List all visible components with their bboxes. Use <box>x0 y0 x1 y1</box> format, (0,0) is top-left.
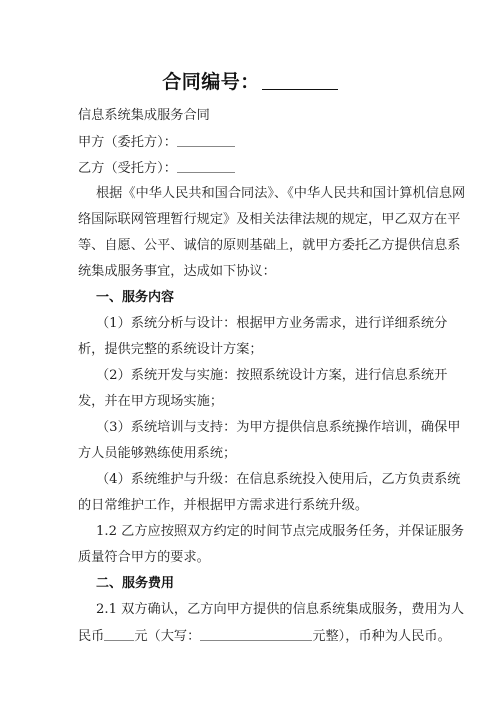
clause-2-1-line-2: 民币元（大写：元整），币种为人民币。 <box>78 627 426 645</box>
amount-blank <box>104 627 134 641</box>
preamble-line-2: 络国际联网管理暂行规定》及相关法律法规的规定，甲乙双方在平 <box>78 211 426 228</box>
preamble-line-4: 统集成服务事宜，达成如下协议： <box>78 263 426 280</box>
service-item-2-line-1: （2）系统开发与实施：按照系统设计方案，进行信息系统开 <box>96 367 444 384</box>
contract-number-label: 合同编号： <box>162 71 260 93</box>
clause-1-2-line-1: 1.2 乙方应按照双方约定的时间节点完成服务任务，并保证服务 <box>96 523 444 540</box>
service-item-4-line-2: 的日常维护工作，并根据甲方需求进行系统升级。 <box>78 497 426 514</box>
service-item-4-line-1: （4）系统维护与升级：在信息系统投入使用后，乙方负责系统 <box>96 471 444 488</box>
clause-1-2-line-2: 质量符合甲方的要求。 <box>78 549 426 566</box>
amount-in-words-blank <box>200 627 312 641</box>
section-2-heading: 二、服务费用 <box>96 575 444 592</box>
section-1-heading: 一、服务内容 <box>96 289 444 306</box>
amount-suffix-text: 元整），币种为人民币。 <box>312 629 450 644</box>
contract-number-title: 合同编号： <box>0 67 500 94</box>
party-b-row: 乙方（受托方）： <box>78 159 426 177</box>
amount-mid-text: 元（大写： <box>134 629 200 644</box>
party-a-blank <box>177 133 235 147</box>
party-b-blank <box>177 159 235 173</box>
contract-page: 合同编号： 信息系统集成服务合同 甲方（委托方）： 乙方（受托方）： 根据《中华… <box>0 0 500 707</box>
party-a-row: 甲方（委托方）： <box>78 133 426 151</box>
service-item-3-line-1: （3）系统培训与支持：为甲方提供信息系统操作培训，确保甲 <box>96 419 444 436</box>
clause-2-1-line-1: 2.1 双方确认，乙方向甲方提供的信息系统集成服务，费用为人 <box>96 601 444 618</box>
service-item-1-line-1: （1）系统分析与设计：根据甲方业务需求，进行详细系统分 <box>96 315 444 332</box>
currency-prefix: 民币 <box>78 629 104 644</box>
preamble-line-3: 等、自愿、公平、诚信的原则基础上，就甲方委托乙方提供信息系 <box>78 237 426 254</box>
preamble-line-1: 根据《中华人民共和国合同法》、《中华人民共和国计算机信息网 <box>96 185 444 202</box>
party-b-label: 乙方（受托方）： <box>78 161 177 176</box>
service-item-3-line-2: 方人员能够熟练使用系统； <box>78 445 426 462</box>
party-a-label: 甲方（委托方）： <box>78 135 177 150</box>
service-item-1-line-2: 析，提供完整的系统设计方案； <box>78 341 426 358</box>
contract-subtitle: 信息系统集成服务合同 <box>78 107 426 124</box>
contract-number-blank <box>262 71 338 90</box>
service-item-2-line-2: 发，并在甲方现场实施； <box>78 393 426 410</box>
